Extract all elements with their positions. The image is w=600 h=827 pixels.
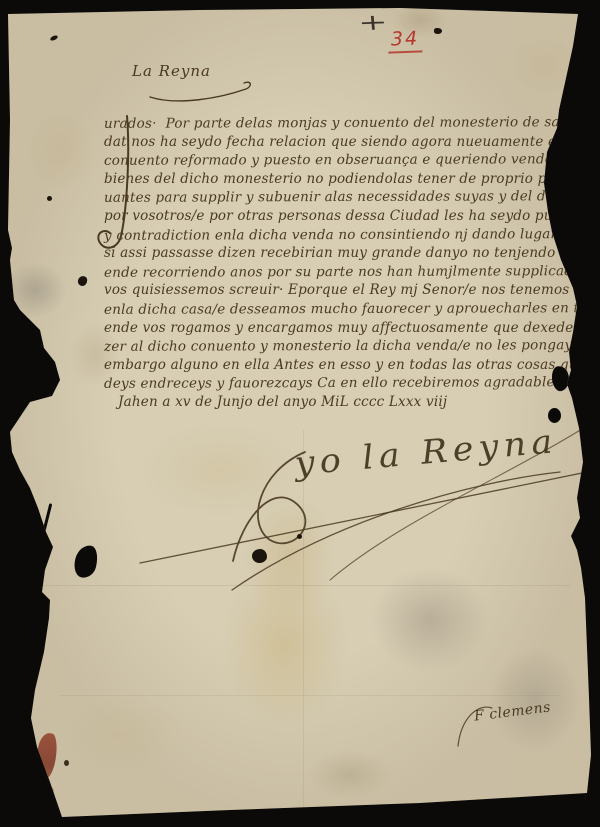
manuscript-line: conuento reformado y puesto en obseruanç… (104, 150, 584, 170)
cross-mark: + (357, 10, 389, 36)
ink-blot (47, 196, 52, 201)
manuscript-line: si assi passasse dizen recebirian muy gr… (104, 244, 584, 263)
manuscript-line: zer al dicho conuento y monesterio la di… (104, 336, 584, 356)
ink-blot (252, 549, 267, 563)
manuscript-line: uantes para supplir y subuenir alas nece… (104, 188, 584, 208)
red-wax-stain (40, 785, 56, 811)
manuscript-line: por vosotros/e por otras personas dessa … (104, 207, 584, 226)
manuscript-line: ende vos rogamos y encargamos muy affect… (104, 319, 584, 338)
manuscript-line: vos quisiessemos screuir· Eporque el Rey… (104, 281, 584, 300)
paper-hole (548, 408, 561, 423)
ink-blot (77, 275, 89, 287)
paper-hole (71, 543, 100, 580)
fold-crease (60, 695, 560, 696)
manuscript-line: y contradiction enla dicha venda no cons… (104, 225, 584, 245)
manuscript-line: urados· Por parte delas monjas y conuent… (104, 113, 584, 133)
manuscript-line: enla dicha casa/e desseamos mucho fauore… (104, 299, 584, 319)
letter-heading: La Reyna (132, 62, 211, 80)
manuscript-line: bienes del dicho monesterio no podiendol… (104, 170, 584, 189)
manuscript-line: ende recorriendo anos por su parte nos h… (104, 262, 584, 282)
rubric-line-1 (140, 470, 597, 563)
folio-number: 34 (388, 27, 423, 53)
ink-blot (64, 760, 69, 766)
manuscript-line: deys endreceys y fauorezcays Ca en ello … (104, 373, 584, 393)
photo-background: + 34 La Reyna urados· Por parte delas mo… (0, 0, 600, 827)
manuscript-line: embargo alguno en ella Antes en esso y e… (104, 356, 584, 375)
ink-blot (297, 534, 302, 539)
manuscript-page: + 34 La Reyna urados· Por parte delas mo… (0, 0, 600, 827)
secretary-signature: F clemens (473, 699, 551, 724)
ink-blot (434, 28, 442, 34)
manuscript-line: dat nos ha seydo fecha relacion que sien… (104, 133, 584, 152)
heading-swash (150, 82, 250, 101)
manuscript-line: Jahen a xv de Junjo del anyo MiL cccc Lx… (118, 393, 584, 412)
red-wax-stain (34, 732, 58, 780)
ink-blot (50, 34, 59, 41)
paper-tear-crack (41, 503, 53, 539)
royal-signature: yo la Reyna (293, 421, 559, 483)
rubric-line-2 (232, 472, 560, 590)
fold-crease (30, 585, 570, 586)
fold-crease (303, 430, 304, 815)
letter-body: urados· Por parte delas monjas y conuent… (104, 114, 584, 412)
